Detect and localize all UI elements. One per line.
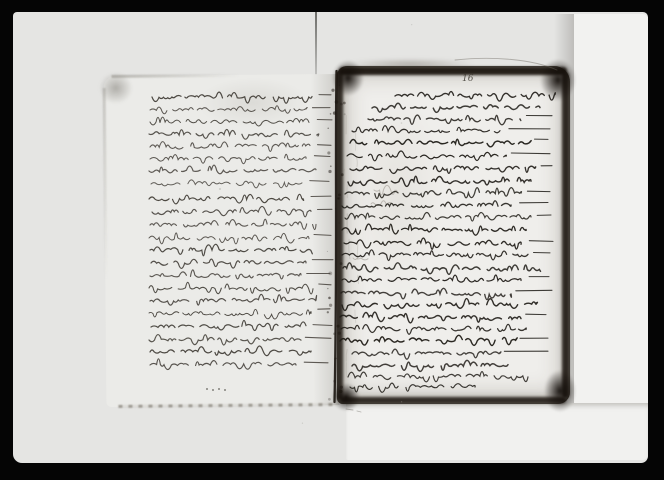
backing-sheet-bottom xyxy=(346,403,648,460)
right-page-burnt-right-edge xyxy=(562,72,569,398)
right-page-corner-stain-bl xyxy=(332,383,360,411)
scanned-manuscript-image: 16 xyxy=(0,0,664,480)
right-page-corner-stain-br xyxy=(544,370,576,412)
right-page-burnt-bottom-edge xyxy=(340,397,566,403)
manuscript-right-page xyxy=(337,66,570,404)
right-page-burnt-left-edge xyxy=(337,70,343,400)
left-page-stain xyxy=(197,78,309,129)
right-page-corner-stain-tr xyxy=(540,59,576,101)
right-page-mottling xyxy=(351,93,444,296)
manuscript-left-page xyxy=(104,74,340,407)
backing-sheet-right xyxy=(574,14,648,460)
left-page-fold-shadow xyxy=(311,74,340,405)
right-page-top-smudge xyxy=(345,59,475,69)
